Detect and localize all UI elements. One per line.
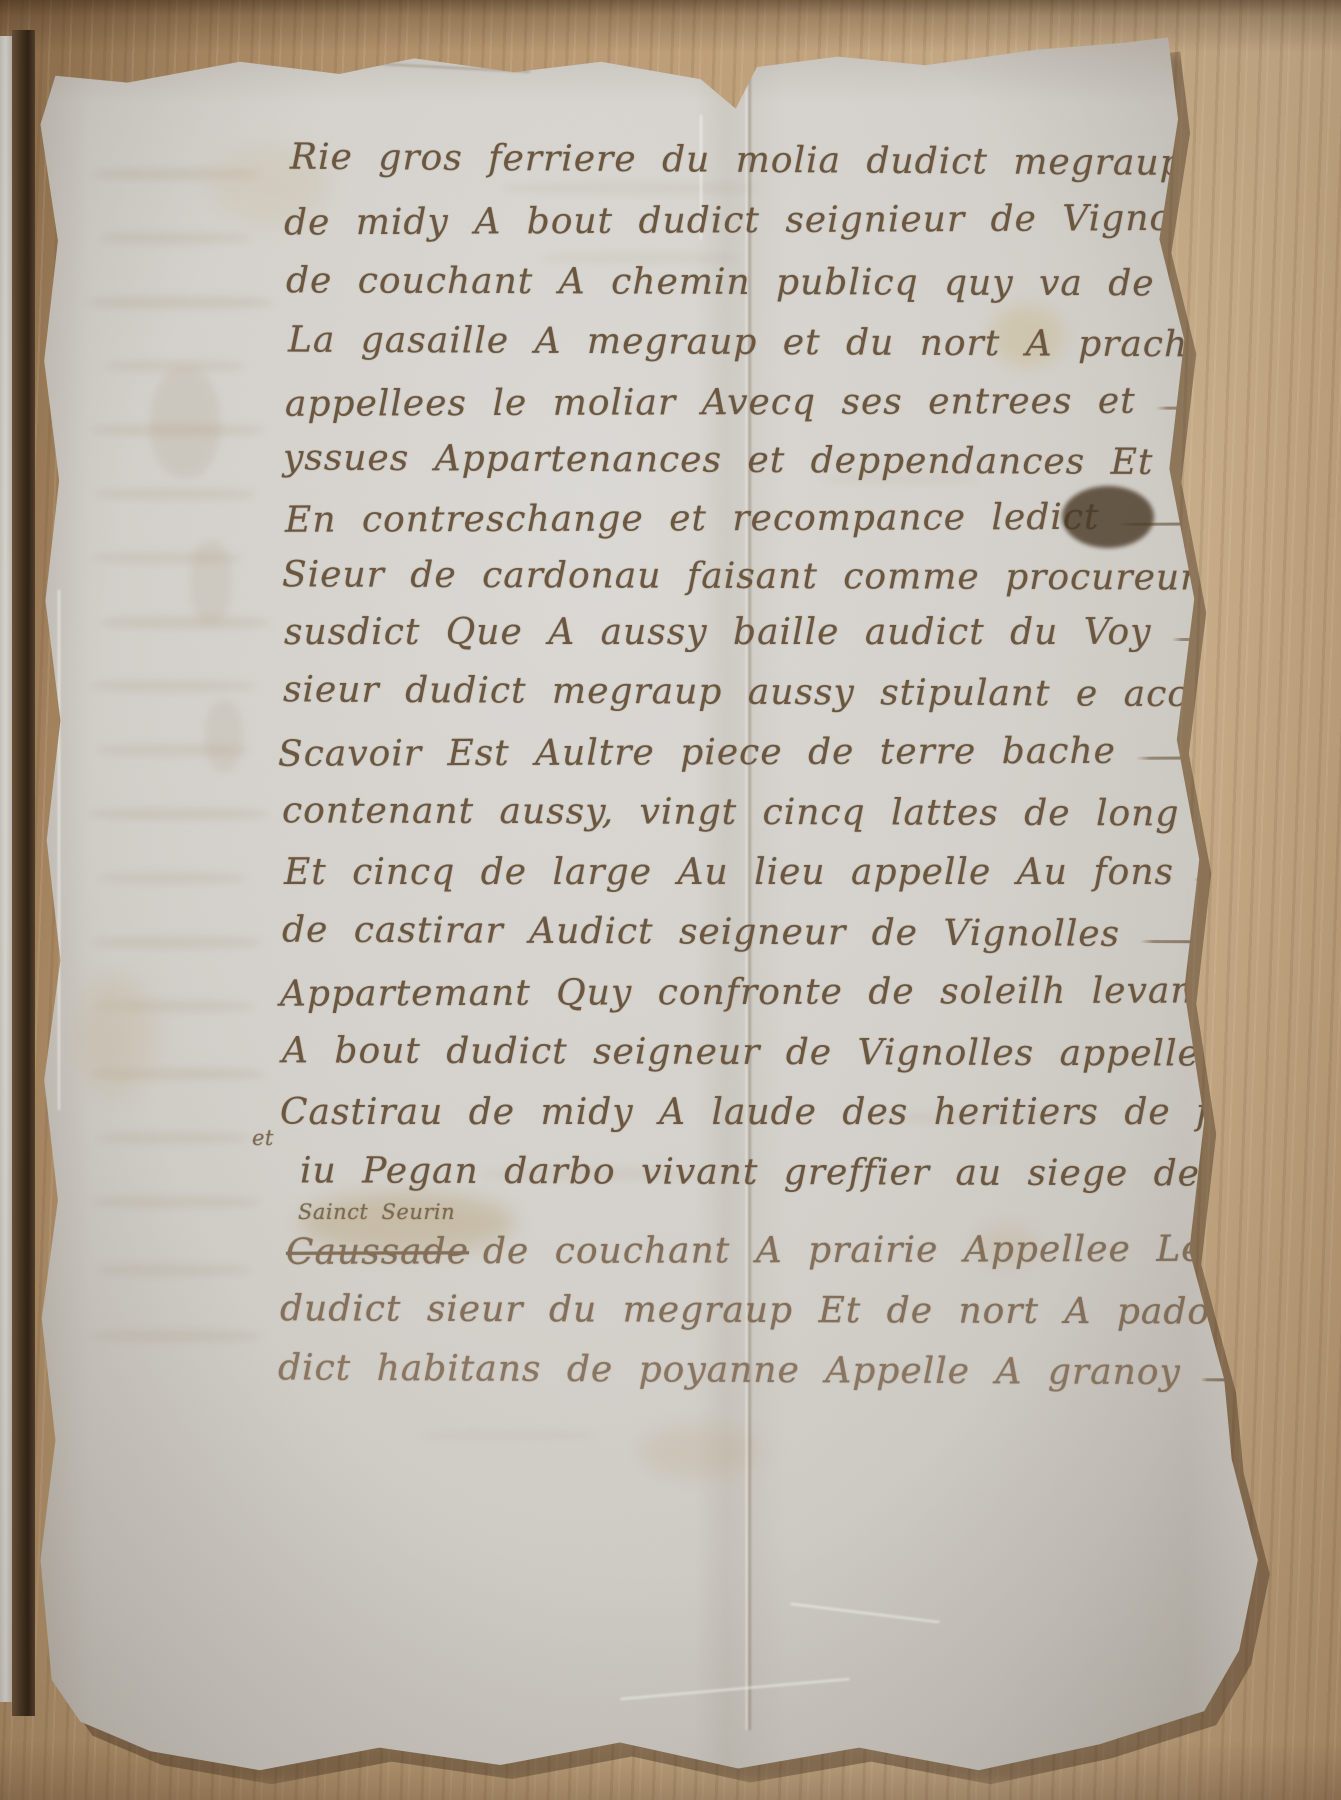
binding-shadow-gap	[12, 30, 35, 1716]
manuscript-page: Rie gros ferriere du molia dudict megrau…	[28, 34, 1274, 1772]
ink-blot-layer	[28, 34, 1274, 1772]
photographed-manuscript-scene: Rie gros ferriere du molia dudict megrau…	[0, 0, 1341, 1800]
ink-blot	[1062, 486, 1154, 548]
